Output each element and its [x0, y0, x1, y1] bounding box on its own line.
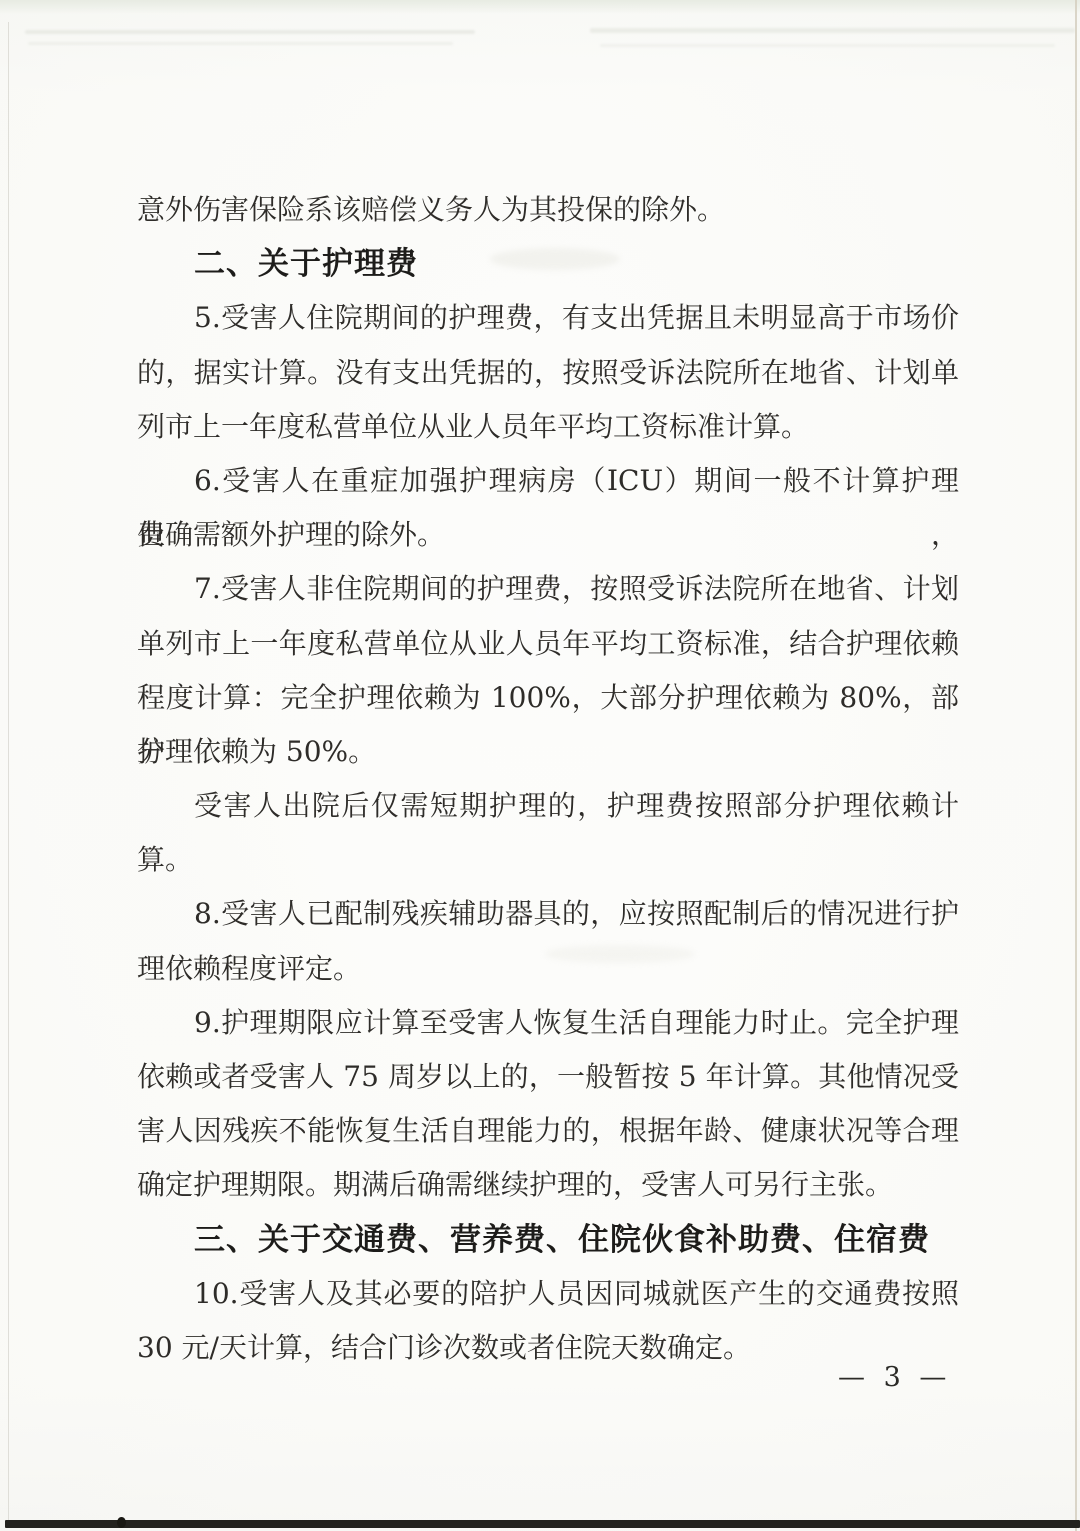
- scan-bleedthrough-artifact: [25, 30, 475, 34]
- text-line: 9.护理期限应计算至受害人恢复生活自理能力时止。完全护理: [137, 996, 959, 1050]
- text-line: 5.受害人住院期间的护理费，有支出凭据且未明显高于市场价: [137, 291, 959, 345]
- text-line: 受害人出院后仅需短期护理的，护理费按照部分护理依赖计: [137, 779, 959, 833]
- page-left-edge-line: [8, 22, 9, 1520]
- section-heading: 三、关于交通费、营养费、住院伙食补助费、住宿费: [137, 1213, 959, 1267]
- document-body: 意外伤害保险系该赔偿义务人为其投保的除外。 二、关于护理费 5.受害人住院期间的…: [137, 183, 959, 1375]
- text-line: 8.受害人已配制残疾辅助器具的，应按照配制后的情况进行护: [137, 887, 959, 941]
- text-line: 护理依赖为 50%。: [137, 725, 959, 779]
- scan-bottom-edge-dot: [117, 1517, 126, 1528]
- scan-bleedthrough-artifact: [600, 44, 1055, 47]
- section-heading: 二、关于护理费: [137, 237, 959, 291]
- text-line: 意外伤害保险系该赔偿义务人为其投保的除外。: [137, 183, 959, 237]
- scan-top-edge-artifact: [0, 0, 1080, 14]
- text-line: 单列市上一年度私营单位从业人员年平均工资标准，结合护理依赖: [137, 617, 959, 671]
- text-line: 害人因残疾不能恢复生活自理能力的，根据年龄、健康状况等合理: [137, 1104, 959, 1158]
- text-line: 30 元/天计算，结合门诊次数或者住院天数确定。: [137, 1321, 959, 1375]
- scan-bleedthrough-artifact: [590, 28, 1075, 33]
- text-line: 10.受害人及其必要的陪护人员因同城就医产生的交通费按照: [137, 1267, 959, 1321]
- text-line: 确定护理期限。期满后确需继续护理的，受害人可另行主张。: [137, 1158, 959, 1212]
- text-line: 理依赖程度评定。: [137, 942, 959, 996]
- page-number: — 3 —: [838, 1362, 951, 1393]
- text-line: 7.受害人非住院期间的护理费，按照受诉法院所在地省、计划: [137, 562, 959, 616]
- page-right-edge-line: [1075, 0, 1077, 1531]
- text-line: 的，据实计算。没有支出凭据的，按照受诉法院所在地省、计划单: [137, 346, 959, 400]
- text-line: 算。: [137, 833, 959, 887]
- text-line: 6.受害人在重症加强护理病房（ICU）期间一般不计算护理费，: [137, 454, 959, 508]
- scan-bleedthrough-artifact: [28, 42, 453, 45]
- text-line: 程度计算：完全护理依赖为 100%，大部分护理依赖为 80%，部分: [137, 671, 959, 725]
- text-line: 依赖或者受害人 75 周岁以上的，一般暂按 5 年计算。其他情况受: [137, 1050, 959, 1104]
- scan-bottom-edge: [5, 1520, 1080, 1528]
- text-line: 列市上一年度私营单位从业人员年平均工资标准计算。: [137, 400, 959, 454]
